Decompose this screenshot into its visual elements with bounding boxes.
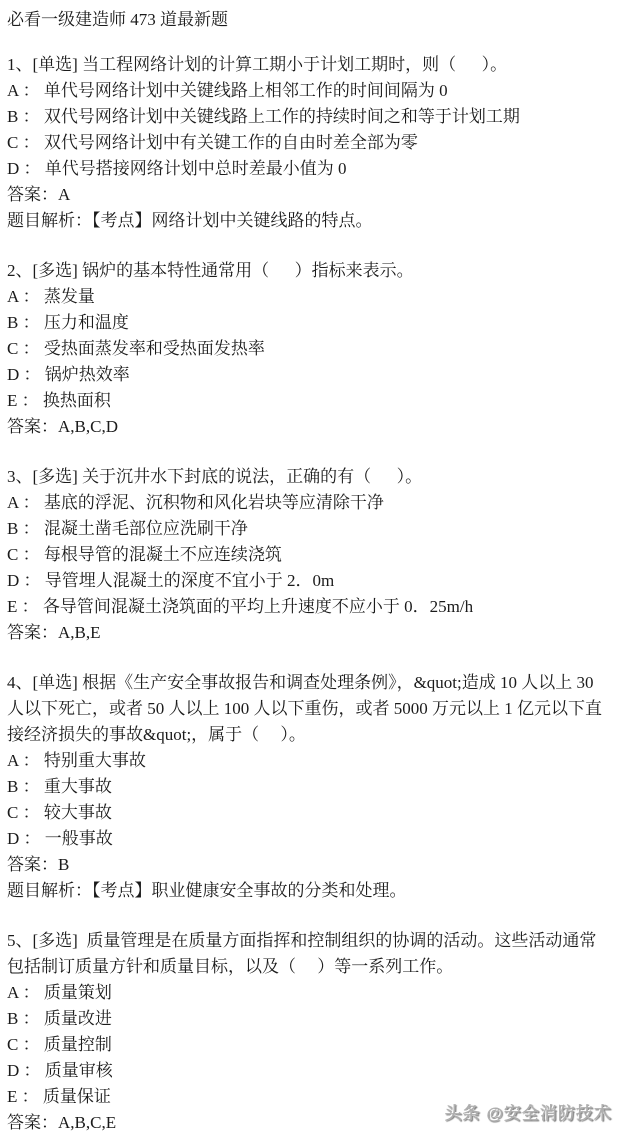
- question-stem: 2、[多选] 锅炉的基本特性通常用（ ）指标来表示。: [7, 258, 609, 284]
- answer-line: 答案：B: [7, 852, 609, 878]
- option-line-b: B ： 压力和温度: [7, 310, 609, 336]
- question-block-3: 3、[多选] 关于沉井水下封底的说法，正确的有（ ）。 A ： 基底的浮泥、沉积…: [7, 464, 609, 646]
- document-page: 必看一级建造师 473 道最新题 1、[单选] 当工程网络计划的计算工期小于计划…: [0, 0, 617, 1136]
- question-number: 5、: [7, 931, 33, 950]
- question-text: 关于沉井水下封底的说法，正确的有（ ）。: [78, 467, 422, 486]
- option-line-a: A ： 特别重大事故: [7, 748, 609, 774]
- option-line-d: D ： 一般事故: [7, 826, 609, 852]
- question-stem: 5、[多选] 质量管理是在质量方面指挥和控制组织的协调的活动。这些活动通常包括制…: [7, 928, 609, 980]
- analysis-line: 题目解析：【考点】网络计划中关键线路的特点。: [7, 208, 609, 234]
- option-line-b: B ： 双代号网络计划中关键线路上工作的持续时间之和等于计划工期: [7, 104, 609, 130]
- option-line-d: D ： 锅炉热效率: [7, 362, 609, 388]
- option-line-d: D ： 导管埋人混凝土的深度不宜小于 2．0m: [7, 568, 609, 594]
- toutiao-watermark: 头条 @安全消防技术: [445, 1101, 612, 1127]
- question-stem: 4、[单选] 根据《生产安全事故报告和调查处理条例》，&quot;造成 10 人…: [7, 670, 609, 748]
- question-block-2: 2、[多选] 锅炉的基本特性通常用（ ）指标来表示。 A ： 蒸发量 B ： 压…: [7, 258, 609, 440]
- option-line-d: D ： 单代号搭接网络计划中总时差最小值为 0: [7, 156, 609, 182]
- question-type-badge: [单选]: [33, 55, 78, 74]
- question-stem: 3、[多选] 关于沉井水下封底的说法，正确的有（ ）。: [7, 464, 609, 490]
- question-type-badge: [多选]: [33, 931, 78, 950]
- option-line-b: B ： 混凝土凿毛部位应洗刷干净: [7, 516, 609, 542]
- option-line-a: A ： 质量策划: [7, 980, 609, 1006]
- option-line-c: C ： 较大事故: [7, 800, 609, 826]
- option-line-c: C ： 质量控制: [7, 1032, 609, 1058]
- option-line-b: B ： 重大事故: [7, 774, 609, 800]
- question-text: 质量管理是在质量方面指挥和控制组织的协调的活动。这些活动通常包括制订质量方针和质…: [7, 931, 596, 976]
- answer-line: 答案：A,B,E: [7, 620, 609, 646]
- page-title: 必看一级建造师 473 道最新题: [7, 7, 609, 33]
- option-line-a: A ： 单代号网络计划中关键线路上相邻工作的时间间隔为 0: [7, 78, 609, 104]
- question-text: 当工程网络计划的计算工期小于计划工期时，则（ ）。: [78, 55, 507, 74]
- question-block-4: 4、[单选] 根据《生产安全事故报告和调查处理条例》，&quot;造成 10 人…: [7, 670, 609, 904]
- option-line-e: E ： 换热面积: [7, 388, 609, 414]
- option-line-a: A ： 蒸发量: [7, 284, 609, 310]
- answer-line: 答案：A,B,C,D: [7, 414, 609, 440]
- question-type-badge: [多选]: [33, 261, 78, 280]
- option-line-e: E ： 各导管间混凝土浇筑面的平均上升速度不应小于 0．25m/h: [7, 594, 609, 620]
- option-line-c: C ： 受热面蒸发率和受热面发热率: [7, 336, 609, 362]
- question-number: 4、: [7, 673, 33, 692]
- option-line-d: D ： 质量审核: [7, 1058, 609, 1084]
- question-stem: 1、[单选] 当工程网络计划的计算工期小于计划工期时，则（ ）。: [7, 52, 609, 78]
- question-text: 锅炉的基本特性通常用（ ）指标来表示。: [78, 261, 414, 280]
- question-block-1: 1、[单选] 当工程网络计划的计算工期小于计划工期时，则（ ）。 A ： 单代号…: [7, 52, 609, 234]
- option-line-c: C ： 双代号网络计划中有关键工作的自由时差全部为零: [7, 130, 609, 156]
- option-line-a: A ： 基底的浮泥、沉积物和风化岩块等应清除干净: [7, 490, 609, 516]
- option-line-c: C ： 每根导管的混凝土不应连续浇筑: [7, 542, 609, 568]
- option-line-b: B ： 质量改进: [7, 1006, 609, 1032]
- question-number: 3、: [7, 467, 33, 486]
- answer-line: 答案：A: [7, 182, 609, 208]
- question-number: 1、: [7, 55, 33, 74]
- question-text: 根据《生产安全事故报告和调查处理条例》，&quot;造成 10 人以上 30 人…: [7, 673, 602, 744]
- question-number: 2、: [7, 261, 33, 280]
- question-type-badge: [单选]: [33, 673, 78, 692]
- analysis-line: 题目解析：【考点】职业健康安全事故的分类和处理。: [7, 878, 609, 904]
- question-type-badge: [多选]: [33, 467, 78, 486]
